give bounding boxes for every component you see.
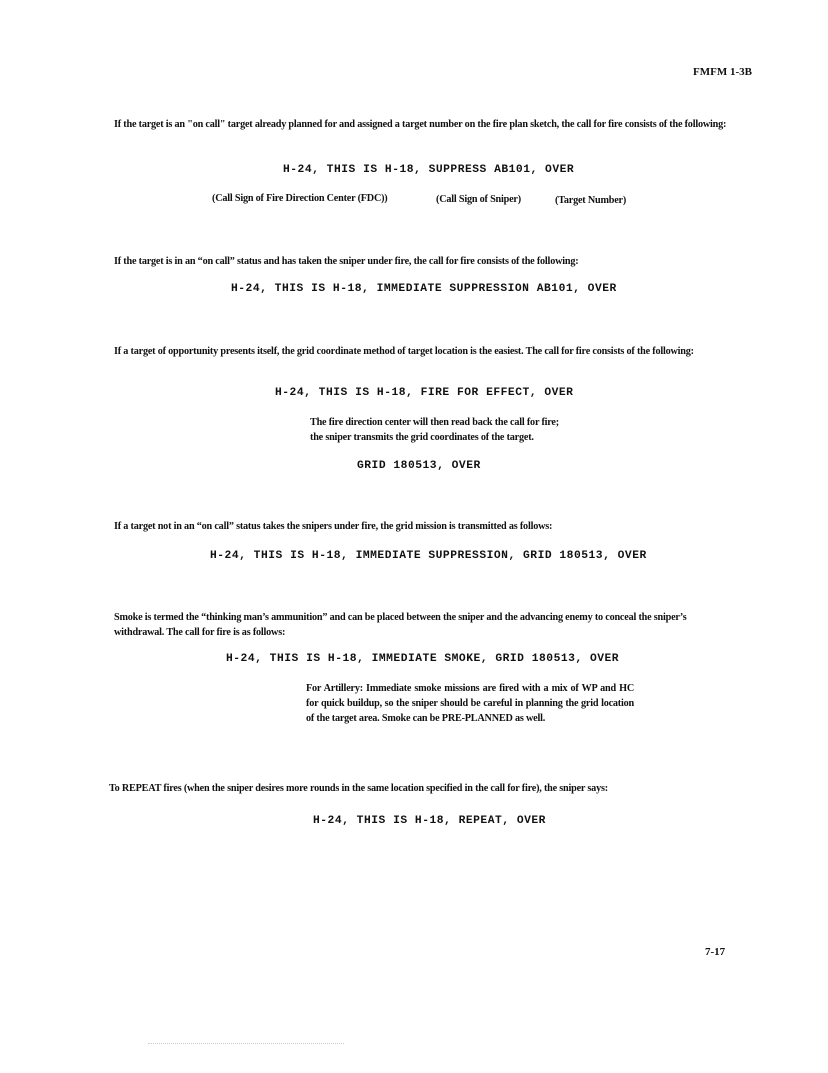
- caption-sniper-call-sign: (Call Sign of Sniper): [436, 194, 521, 205]
- paragraph-on-call-under-fire: If the target is in an “on call” status …: [114, 254, 736, 269]
- paragraph-target-of-opportunity: If a target of opportunity presents itse…: [114, 344, 736, 359]
- call-for-fire-immediate-suppression: H-24, THIS IS H-18, IMMEDIATE SUPPRESSIO…: [231, 283, 617, 295]
- paragraph-repeat-fires: To REPEAT fires (when the sniper desires…: [109, 781, 749, 796]
- scan-artifact-line: [148, 1043, 344, 1045]
- note-artillery-smoke: For Artillery: Immediate smoke missions …: [306, 681, 634, 726]
- call-grid-coordinates: GRID 180513, OVER: [357, 460, 481, 472]
- call-for-fire-fire-for-effect: H-24, THIS IS H-18, FIRE FOR EFFECT, OVE…: [275, 387, 573, 399]
- note-line: the sniper transmits the grid coordinate…: [310, 430, 610, 445]
- call-for-fire-grid-mission: H-24, THIS IS H-18, IMMEDIATE SUPPRESSIO…: [210, 550, 647, 562]
- call-for-fire-repeat: H-24, THIS IS H-18, REPEAT, OVER: [313, 815, 546, 827]
- page-number: 7-17: [705, 946, 725, 958]
- paragraph-not-on-call-under-fire: If a target not in an “on call” status t…: [114, 519, 736, 534]
- note-fdc-readback: The fire direction center will then read…: [310, 415, 610, 445]
- paragraph-on-call-target: If the target is an "on call" target alr…: [114, 117, 736, 132]
- call-for-fire-immediate-smoke: H-24, THIS IS H-18, IMMEDIATE SMOKE, GRI…: [226, 653, 619, 665]
- caption-fdc-call-sign: (Call Sign of Fire Direction Center (FDC…: [212, 193, 388, 204]
- call-for-fire-suppress: H-24, THIS IS H-18, SUPPRESS AB101, OVER: [283, 164, 574, 176]
- document-id-header: FMFM 1-3B: [693, 66, 752, 78]
- paragraph-smoke: Smoke is termed the “thinking man’s ammu…: [114, 610, 736, 640]
- caption-target-number: (Target Number): [555, 195, 626, 206]
- note-line: The fire direction center will then read…: [310, 415, 610, 430]
